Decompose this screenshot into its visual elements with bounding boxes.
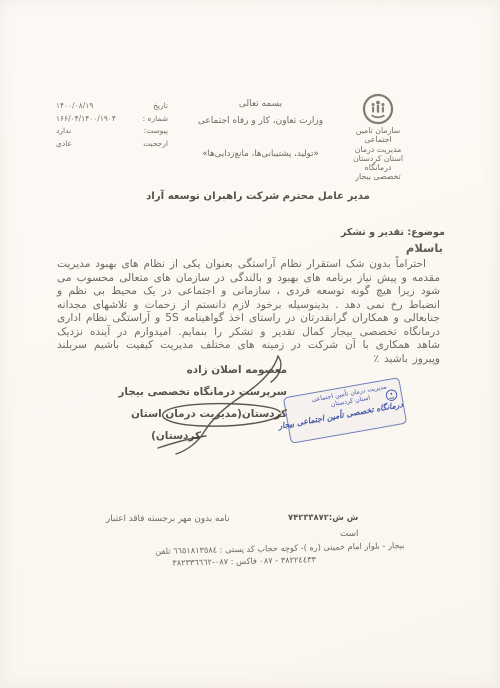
priority-value: عادی bbox=[56, 139, 72, 148]
scanned-letter-page: تاریخ ۱۴۰۰/۰۸/۱۹ شماره : ۱۶۶/۰۴/۱۴۰۰/۱۹۰… bbox=[0, 0, 500, 688]
date-value: ۱۴۰۰/۰۸/۱۹ bbox=[56, 101, 93, 110]
stamp-emblem-icon bbox=[384, 388, 399, 403]
attachment-value: ندارد bbox=[56, 126, 71, 135]
number-value: ۱۶۶/۰۴/۱۴۰۰/۱۹۰۴ bbox=[56, 114, 116, 123]
ministry-title: وزارت تعاون، کار و رفاه اجتماعی bbox=[188, 116, 333, 126]
number-label: شماره : bbox=[143, 114, 168, 123]
validity-note-continuation: است bbox=[340, 529, 358, 539]
footer-address-block: بیجار - بلوار امام خمینی (ره )- کوچه حجا… bbox=[110, 539, 450, 569]
meta-attachment-row: پیوست: ندارد bbox=[56, 126, 168, 135]
meta-date-row: تاریخ ۱۴۰۰/۰۸/۱۹ bbox=[56, 101, 168, 110]
signer-title-line1: سرپرست درمانگاه تخصصی بیجار bbox=[137, 381, 287, 403]
validity-note: نامه بدون مهر برجسته فاقد اعتبار bbox=[106, 514, 230, 524]
tracking-number: ش ش:۷۴۲۳۳۸۷۲ bbox=[288, 512, 358, 522]
signer-title-line2: کردستان(مدیریت درمان استان bbox=[137, 403, 287, 425]
social-security-logo-icon bbox=[361, 92, 395, 126]
signer-name: معصومه اصلان زاده bbox=[137, 359, 287, 381]
org-name-line4: استان کردستان bbox=[332, 154, 424, 163]
year-slogan: «تولید، پشتیبانی‌ها، مانع‌زدایی‌ها» bbox=[188, 149, 333, 159]
office-stamp: مدیریت درمان تأمین اجتماعی استان کردستان… bbox=[283, 377, 407, 444]
priority-label: ارجحیت bbox=[143, 139, 168, 148]
org-name-line2: اجتماعی bbox=[332, 135, 424, 144]
org-name-line3: مدیریت درمان bbox=[332, 145, 424, 154]
letterhead-center: بسمه تعالی وزارت تعاون، کار و رفاه اجتما… bbox=[188, 99, 333, 159]
salutation-text: باسلام bbox=[406, 241, 443, 255]
org-name-line6: تخصصی بیجار bbox=[332, 172, 424, 181]
date-label: تاریخ bbox=[153, 101, 168, 110]
bismillah-text: بسمه تعالی bbox=[188, 99, 333, 109]
letter-meta-block: تاریخ ۱۴۰۰/۰۸/۱۹ شماره : ۱۶۶/۰۴/۱۴۰۰/۱۹۰… bbox=[56, 101, 168, 151]
meta-number-row: شماره : ۱۶۶/۰۴/۱۴۰۰/۱۹۰۴ bbox=[56, 114, 168, 123]
letter-body-paragraph: احتراماً بدون شک استقرار نظام آراستگی بع… bbox=[57, 258, 440, 366]
org-name-line1: سازمان تامین bbox=[332, 126, 424, 135]
signer-title-line3: کردستان) bbox=[137, 425, 287, 447]
meta-priority-row: ارجحیت عادی bbox=[56, 139, 168, 148]
signature-block: معصومه اصلان زاده سرپرست درمانگاه تخصصی … bbox=[137, 359, 287, 447]
organization-block: سازمان تامین اجتماعی مدیریت درمان استان … bbox=[332, 92, 424, 182]
org-name-line5: درمانگاه bbox=[332, 163, 424, 172]
attachment-label: پیوست: bbox=[144, 126, 168, 135]
recipient-line: مدیر عامل محترم شرکت راهبران توسعه آراد bbox=[146, 191, 370, 202]
subject-line: موضوع: تقدیر و تشکر bbox=[341, 227, 445, 238]
